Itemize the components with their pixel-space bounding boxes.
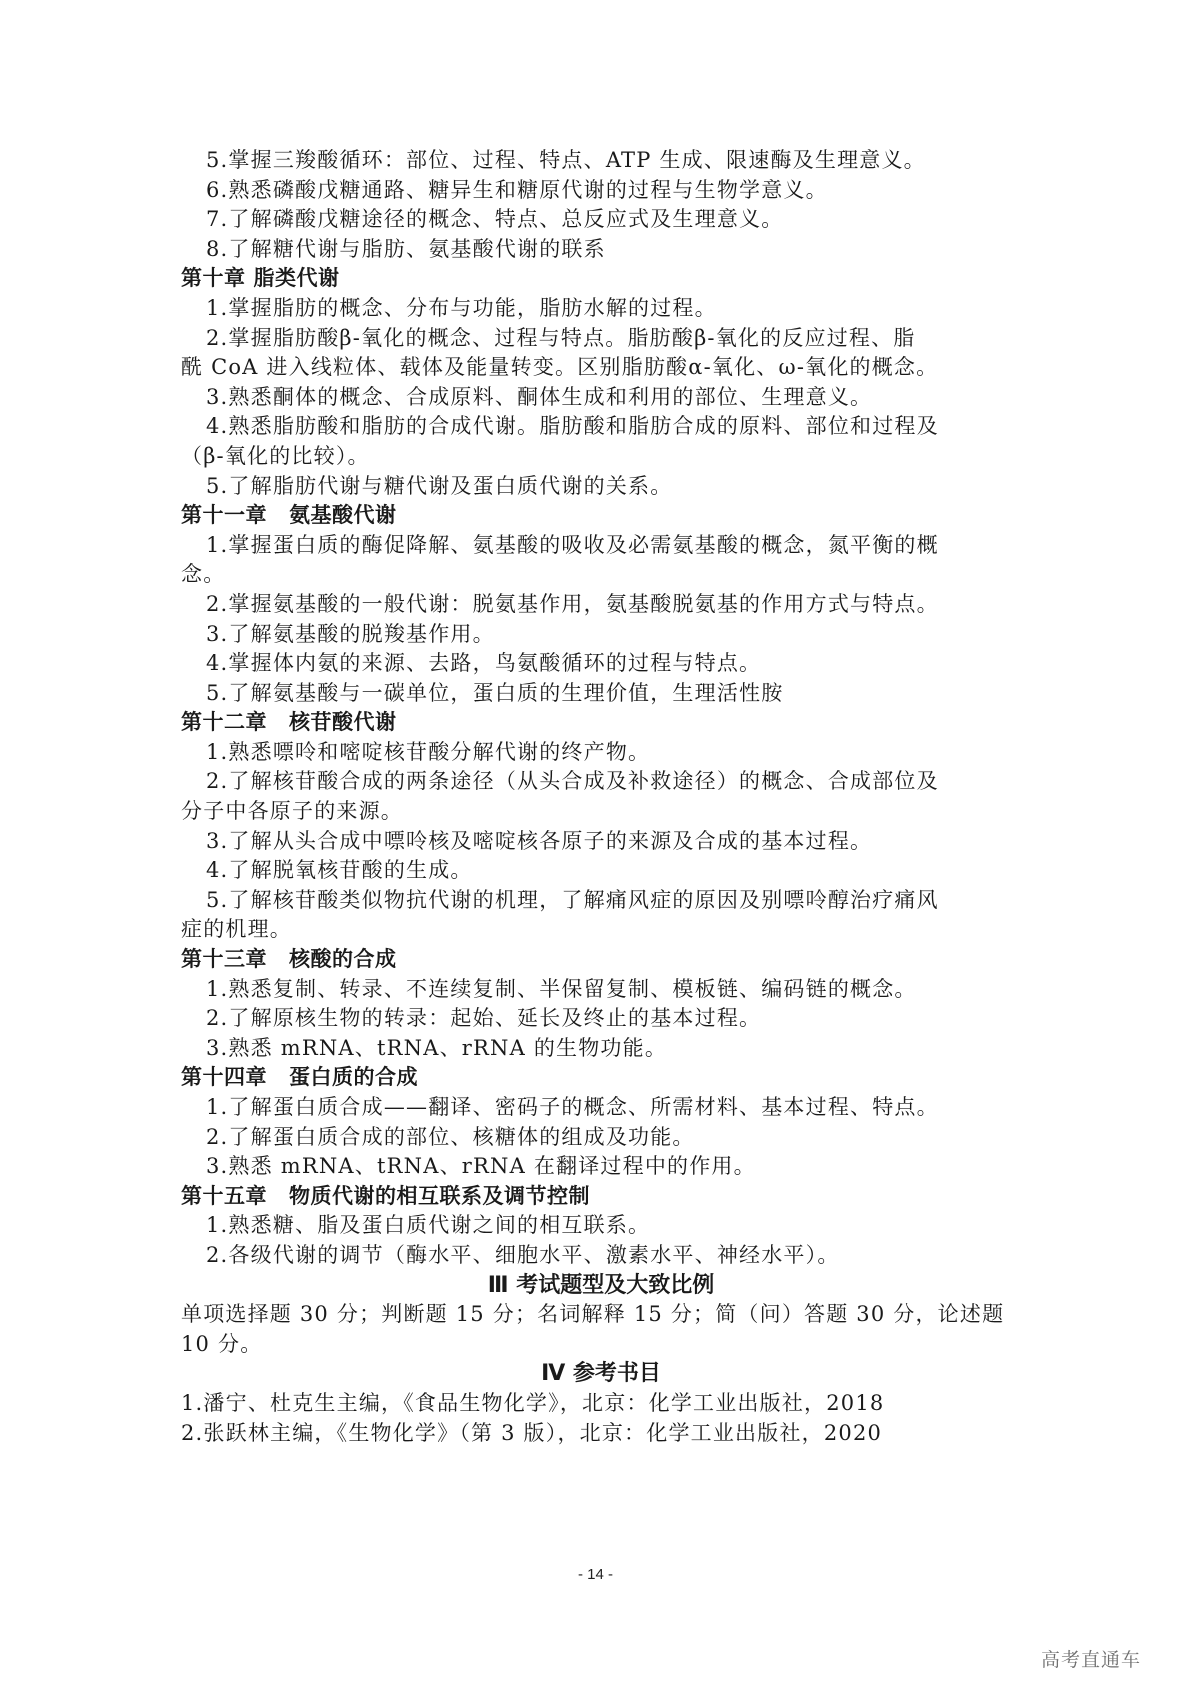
list-item: 5.了解核苷酸类似物抗代谢的机理，了解痛风症的原因及别嘌呤醇治疗痛风	[181, 886, 1021, 916]
list-item: 3.了解氨基酸的脱羧基作用。	[181, 620, 1021, 650]
list-item: 1.掌握脂肪的概念、分布与功能，脂肪水解的过程。	[181, 294, 1021, 324]
list-item: 3.熟悉酮体的概念、合成原料、酮体生成和利用的部位、生理意义。	[181, 383, 1021, 413]
list-item-continuation: 念。	[181, 560, 1021, 590]
list-item-continuation: 症的机理。	[181, 915, 1021, 945]
chapter-number: 第十章	[181, 266, 246, 290]
chapter-number: 第十一章	[181, 503, 267, 527]
chapter-title: 核酸的合成	[289, 947, 397, 971]
list-item: 3.熟悉 mRNA、tRNA、rRNA 的生物功能。	[181, 1034, 1021, 1064]
chapter-number: 第十四章	[181, 1065, 267, 1089]
list-item: 2.各级代谢的调节（酶水平、细胞水平、激素水平、神经水平）。	[181, 1241, 1021, 1271]
list-item: 3.熟悉 mRNA、tRNA、rRNA 在翻译过程中的作用。	[181, 1152, 1021, 1182]
list-item: 5.了解氨基酸与一碳单位，蛋白质的生理价值，生理活性胺	[181, 679, 1021, 709]
list-item: 5.掌握三羧酸循环：部位、过程、特点、ATP 生成、限速酶及生理意义。	[181, 146, 1021, 176]
section-heading-exam-format: Ⅲ 考试题型及大致比例	[181, 1271, 1021, 1301]
list-item: 4.熟悉脂肪酸和脂肪的合成代谢。脂肪酸和脂肪合成的原料、部位和过程及	[181, 412, 1021, 442]
list-item: 1.熟悉复制、转录、不连续复制、半保留复制、模板链、编码链的概念。	[181, 975, 1021, 1005]
list-item-continuation: 酰 CoA 进入线粒体、载体及能量转变。区别脂肪酸α-氧化、ω-氧化的概念。	[181, 353, 1021, 383]
list-item: 3.了解从头合成中嘌呤核及嘧啶核各原子的来源及合成的基本过程。	[181, 827, 1021, 857]
watermark: 高考直通车	[1041, 1645, 1141, 1672]
list-item: 2.了解核苷酸合成的两条途径（从头合成及补救途径）的概念、合成部位及	[181, 767, 1021, 797]
page-number: - 14 -	[0, 1566, 1191, 1583]
chapter-heading: 第十章脂类代谢	[181, 264, 1021, 294]
list-item: 8.了解糖代谢与脂肪、氨基酸代谢的联系	[181, 235, 1021, 265]
chapter-title: 蛋白质的合成	[289, 1065, 418, 1089]
reference-item: 2.张跃林主编，《生物化学》（第 3 版），北京：化学工业出版社，2020	[181, 1419, 1021, 1449]
list-item: 2.了解蛋白质合成的部位、核糖体的组成及功能。	[181, 1123, 1021, 1153]
chapter-title: 脂类代谢	[254, 266, 340, 290]
chapter-heading: 第十一章氨基酸代谢	[181, 501, 1021, 531]
list-item-continuation: 分子中各原子的来源。	[181, 797, 1021, 827]
list-item: 2.掌握脂肪酸β-氧化的概念、过程与特点。脂肪酸β-氧化的反应过程、脂	[181, 324, 1021, 354]
list-item: 6.熟悉磷酸戊糖通路、糖异生和糖原代谢的过程与生物学意义。	[181, 176, 1021, 206]
reference-item: 1.潘宁、杜克生主编，《食品生物化学》，北京：化学工业出版社，2018	[181, 1389, 1021, 1419]
list-item: 2.了解原核生物的转录：起始、延长及终止的基本过程。	[181, 1004, 1021, 1034]
chapter-heading: 第十四章蛋白质的合成	[181, 1063, 1021, 1093]
list-item: 1.熟悉嘌呤和嘧啶核苷酸分解代谢的终产物。	[181, 738, 1021, 768]
paragraph-line: 单项选择题 30 分；判断题 15 分；名词解释 15 分；简（问）答题 30 …	[181, 1300, 1021, 1330]
list-item: 1.掌握蛋白质的酶促降解、氨基酸的吸收及必需氨基酸的概念，氮平衡的概	[181, 531, 1021, 561]
chapter-heading: 第十五章物质代谢的相互联系及调节控制	[181, 1182, 1021, 1212]
chapter-title: 氨基酸代谢	[289, 503, 397, 527]
list-item: 4.了解脱氧核苷酸的生成。	[181, 856, 1021, 886]
chapter-number: 第十二章	[181, 710, 267, 734]
list-item: 1.熟悉糖、脂及蛋白质代谢之间的相互联系。	[181, 1211, 1021, 1241]
chapter-title: 物质代谢的相互联系及调节控制	[289, 1184, 590, 1208]
chapter-title: 核苷酸代谢	[289, 710, 397, 734]
paragraph-line: 10 分。	[181, 1330, 1021, 1360]
list-item: 5.了解脂肪代谢与糖代谢及蛋白质代谢的关系。	[181, 472, 1021, 502]
list-item: 4.掌握体内氨的来源、去路，鸟氨酸循环的过程与特点。	[181, 649, 1021, 679]
list-item: 7.了解磷酸戊糖途径的概念、特点、总反应式及生理意义。	[181, 205, 1021, 235]
chapter-number: 第十五章	[181, 1184, 267, 1208]
document-body: 5.掌握三羧酸循环：部位、过程、特点、ATP 生成、限速酶及生理意义。 6.熟悉…	[181, 146, 1021, 1448]
chapter-number: 第十三章	[181, 947, 267, 971]
section-heading-references: Ⅳ 参考书目	[181, 1359, 1021, 1389]
chapter-heading: 第十三章核酸的合成	[181, 945, 1021, 975]
chapter-heading: 第十二章核苷酸代谢	[181, 708, 1021, 738]
document-page: 5.掌握三羧酸循环：部位、过程、特点、ATP 生成、限速酶及生理意义。 6.熟悉…	[0, 0, 1191, 1684]
list-item: 1.了解蛋白质合成——翻译、密码子的概念、所需材料、基本过程、特点。	[181, 1093, 1021, 1123]
list-item: 2.掌握氨基酸的一般代谢：脱氨基作用，氨基酸脱氨基的作用方式与特点。	[181, 590, 1021, 620]
list-item-continuation: （β-氧化的比较）。	[181, 442, 1021, 472]
